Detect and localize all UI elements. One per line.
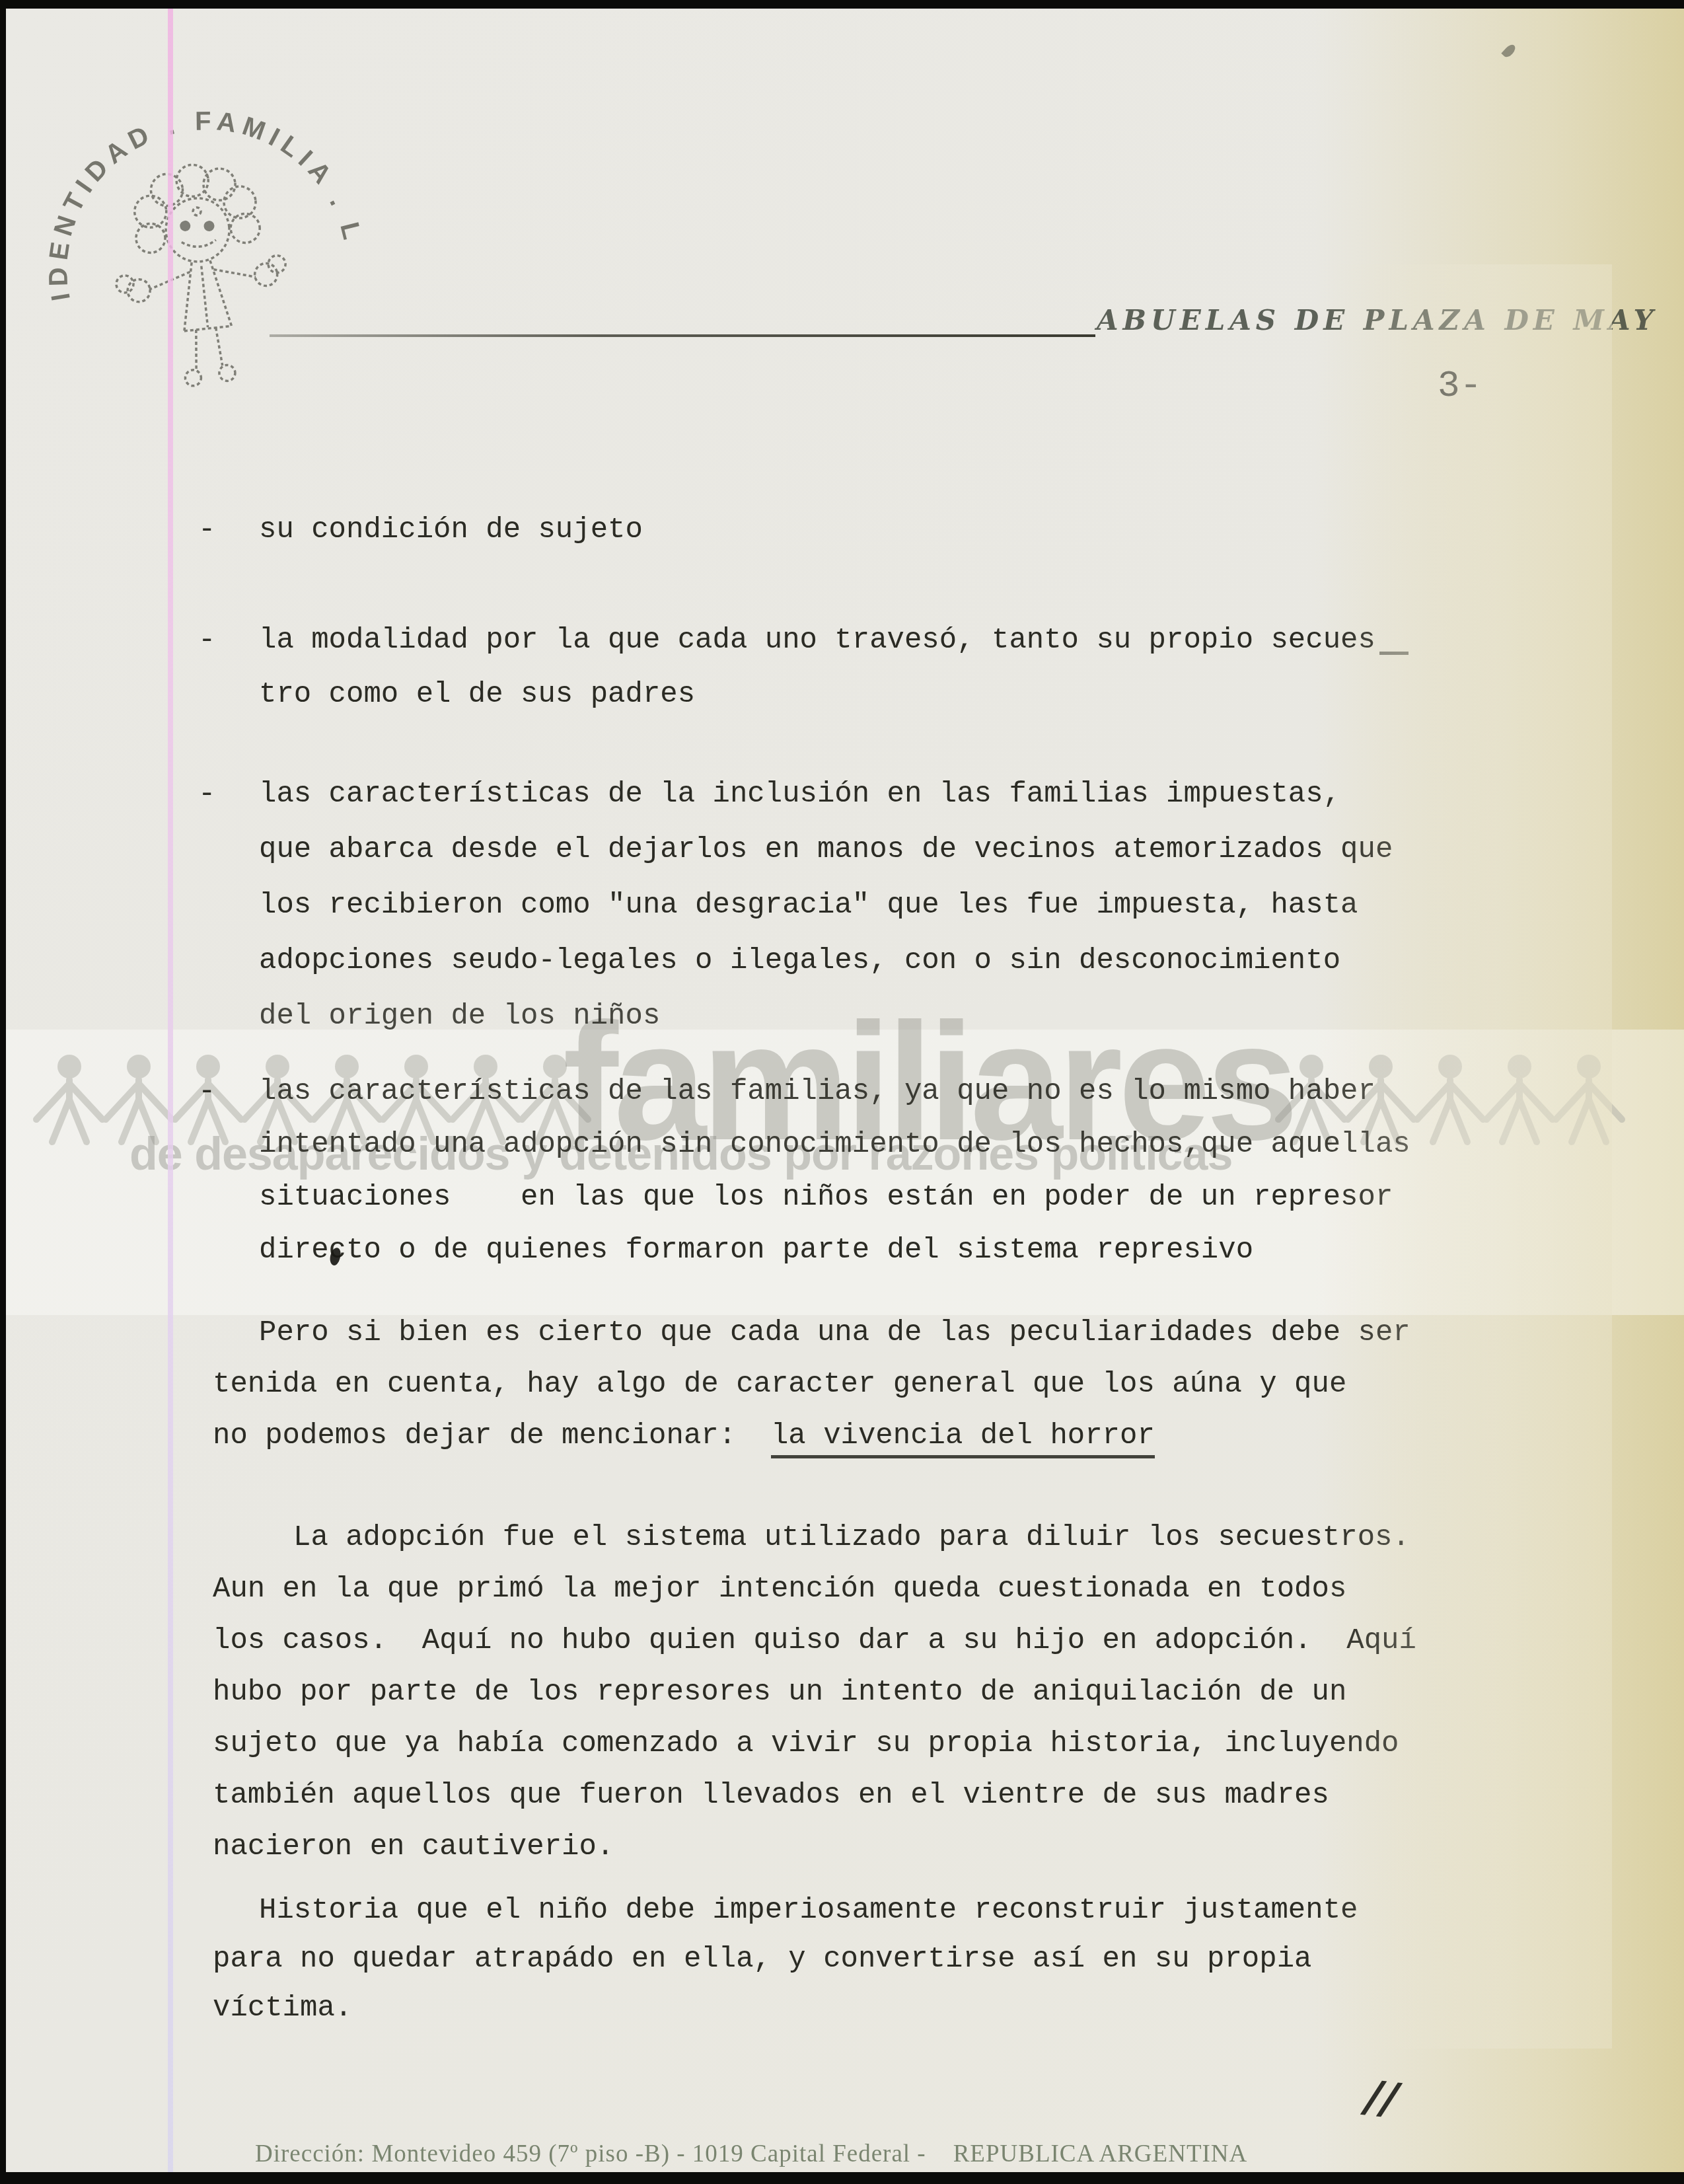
org-name-header: ABUELAS DE PLAZA DE MAY — [1097, 304, 1658, 336]
text-line: no podemos dejar de mencionar: la vivenc… — [213, 1410, 1410, 1462]
text-line: que abarca desde el dejarlos en manos de… — [259, 822, 1393, 878]
bullet-dash: - — [198, 767, 215, 822]
bullet-item-2: - la modalidad por la que cada uno trave… — [259, 613, 1375, 722]
text-line: adopciones seudo-legales o ilegales, con… — [259, 933, 1393, 989]
scan-edge-left — [0, 0, 6, 2184]
underlined-phrase: la vivencia del horror — [771, 1419, 1155, 1458]
bullet-dash: - — [198, 613, 215, 667]
bullet-dash: - — [198, 504, 215, 556]
text-line: del origen de los niños — [259, 989, 1393, 1044]
identity-family-liberty-stamp: IDENTIDAD . FAMILIA . LIBERTAD — [13, 22, 381, 424]
text-line: Pero si bien es cierto que cada una de l… — [213, 1307, 1410, 1359]
text-line: para no quedar atrapádo en ella, y conve… — [213, 1935, 1358, 1984]
header-rule — [270, 334, 1095, 337]
bullet-dash: - — [198, 1065, 215, 1118]
text-line: La adopción fue el sistema utilizado par… — [213, 1512, 1416, 1563]
text-line: su condición de sujeto — [259, 504, 643, 556]
text-line: nacieron en cautiverio. — [213, 1821, 1416, 1873]
text-line: la modalidad por la que cada uno travesó… — [259, 613, 1375, 667]
text-line: sujeto que ya había comenzado a vivir su… — [213, 1718, 1416, 1770]
ink-speck — [1501, 42, 1517, 59]
page-end-mark: // — [1364, 2071, 1401, 2125]
paragraph-1: Pero si bien es cierto que cada una de l… — [213, 1307, 1410, 1462]
paragraph-2: La adopción fue el sistema utilizado par… — [213, 1512, 1416, 1873]
scan-edge-bottom — [0, 2172, 1684, 2184]
binder-margin-line — [168, 0, 173, 2184]
bullet-item-1: - su condición de sujeto — [259, 504, 643, 556]
text-line: también aquellos que fueron llevados en … — [213, 1770, 1416, 1821]
text-line: víctima. — [213, 1984, 1358, 2033]
bullet-item-4: - las características de las familias, y… — [259, 1065, 1410, 1277]
scan-edge-top — [0, 0, 1684, 9]
text-line: situaciones en las que los niños están e… — [259, 1171, 1410, 1224]
text-line: Aun en la que primó la mejor intención q… — [213, 1563, 1416, 1615]
text-line: directo o de quienes formaron parte del … — [259, 1224, 1410, 1277]
text-line: los recibieron como "una desgracia" que … — [259, 878, 1393, 933]
text-line: las características de la inclusión en l… — [259, 767, 1393, 822]
paragraph-3: Historia que el niño debe imperiosamente… — [213, 1886, 1358, 2033]
text-line: hubo por parte de los represores un inte… — [213, 1667, 1416, 1718]
page-number: 3- — [1438, 365, 1482, 407]
scanned-document-page: familiares de desaparecidos y detenidos … — [0, 0, 1684, 2184]
text-line: intentado una adopción sin conocimiento … — [259, 1118, 1410, 1171]
stamp-child-drawing-icon — [104, 156, 297, 393]
text-line: las características de las familias, ya … — [259, 1065, 1410, 1118]
text-line: tenida en cuenta, hay algo de caracter g… — [213, 1359, 1410, 1410]
text-line: tro como el de sus padres — [259, 667, 1375, 722]
text-line: los casos. Aquí no hubo quien quiso dar … — [213, 1615, 1416, 1667]
footer-address: Dirección: Montevideo 459 (7º piso -B) -… — [255, 2140, 1247, 2168]
hyphenation-underscore — [1379, 652, 1409, 655]
text-line: Historia que el niño debe imperiosamente… — [213, 1886, 1358, 1935]
text-segment: no podemos dejar de mencionar: — [213, 1419, 771, 1452]
bullet-item-3: - las características de la inclusión en… — [259, 767, 1393, 1044]
